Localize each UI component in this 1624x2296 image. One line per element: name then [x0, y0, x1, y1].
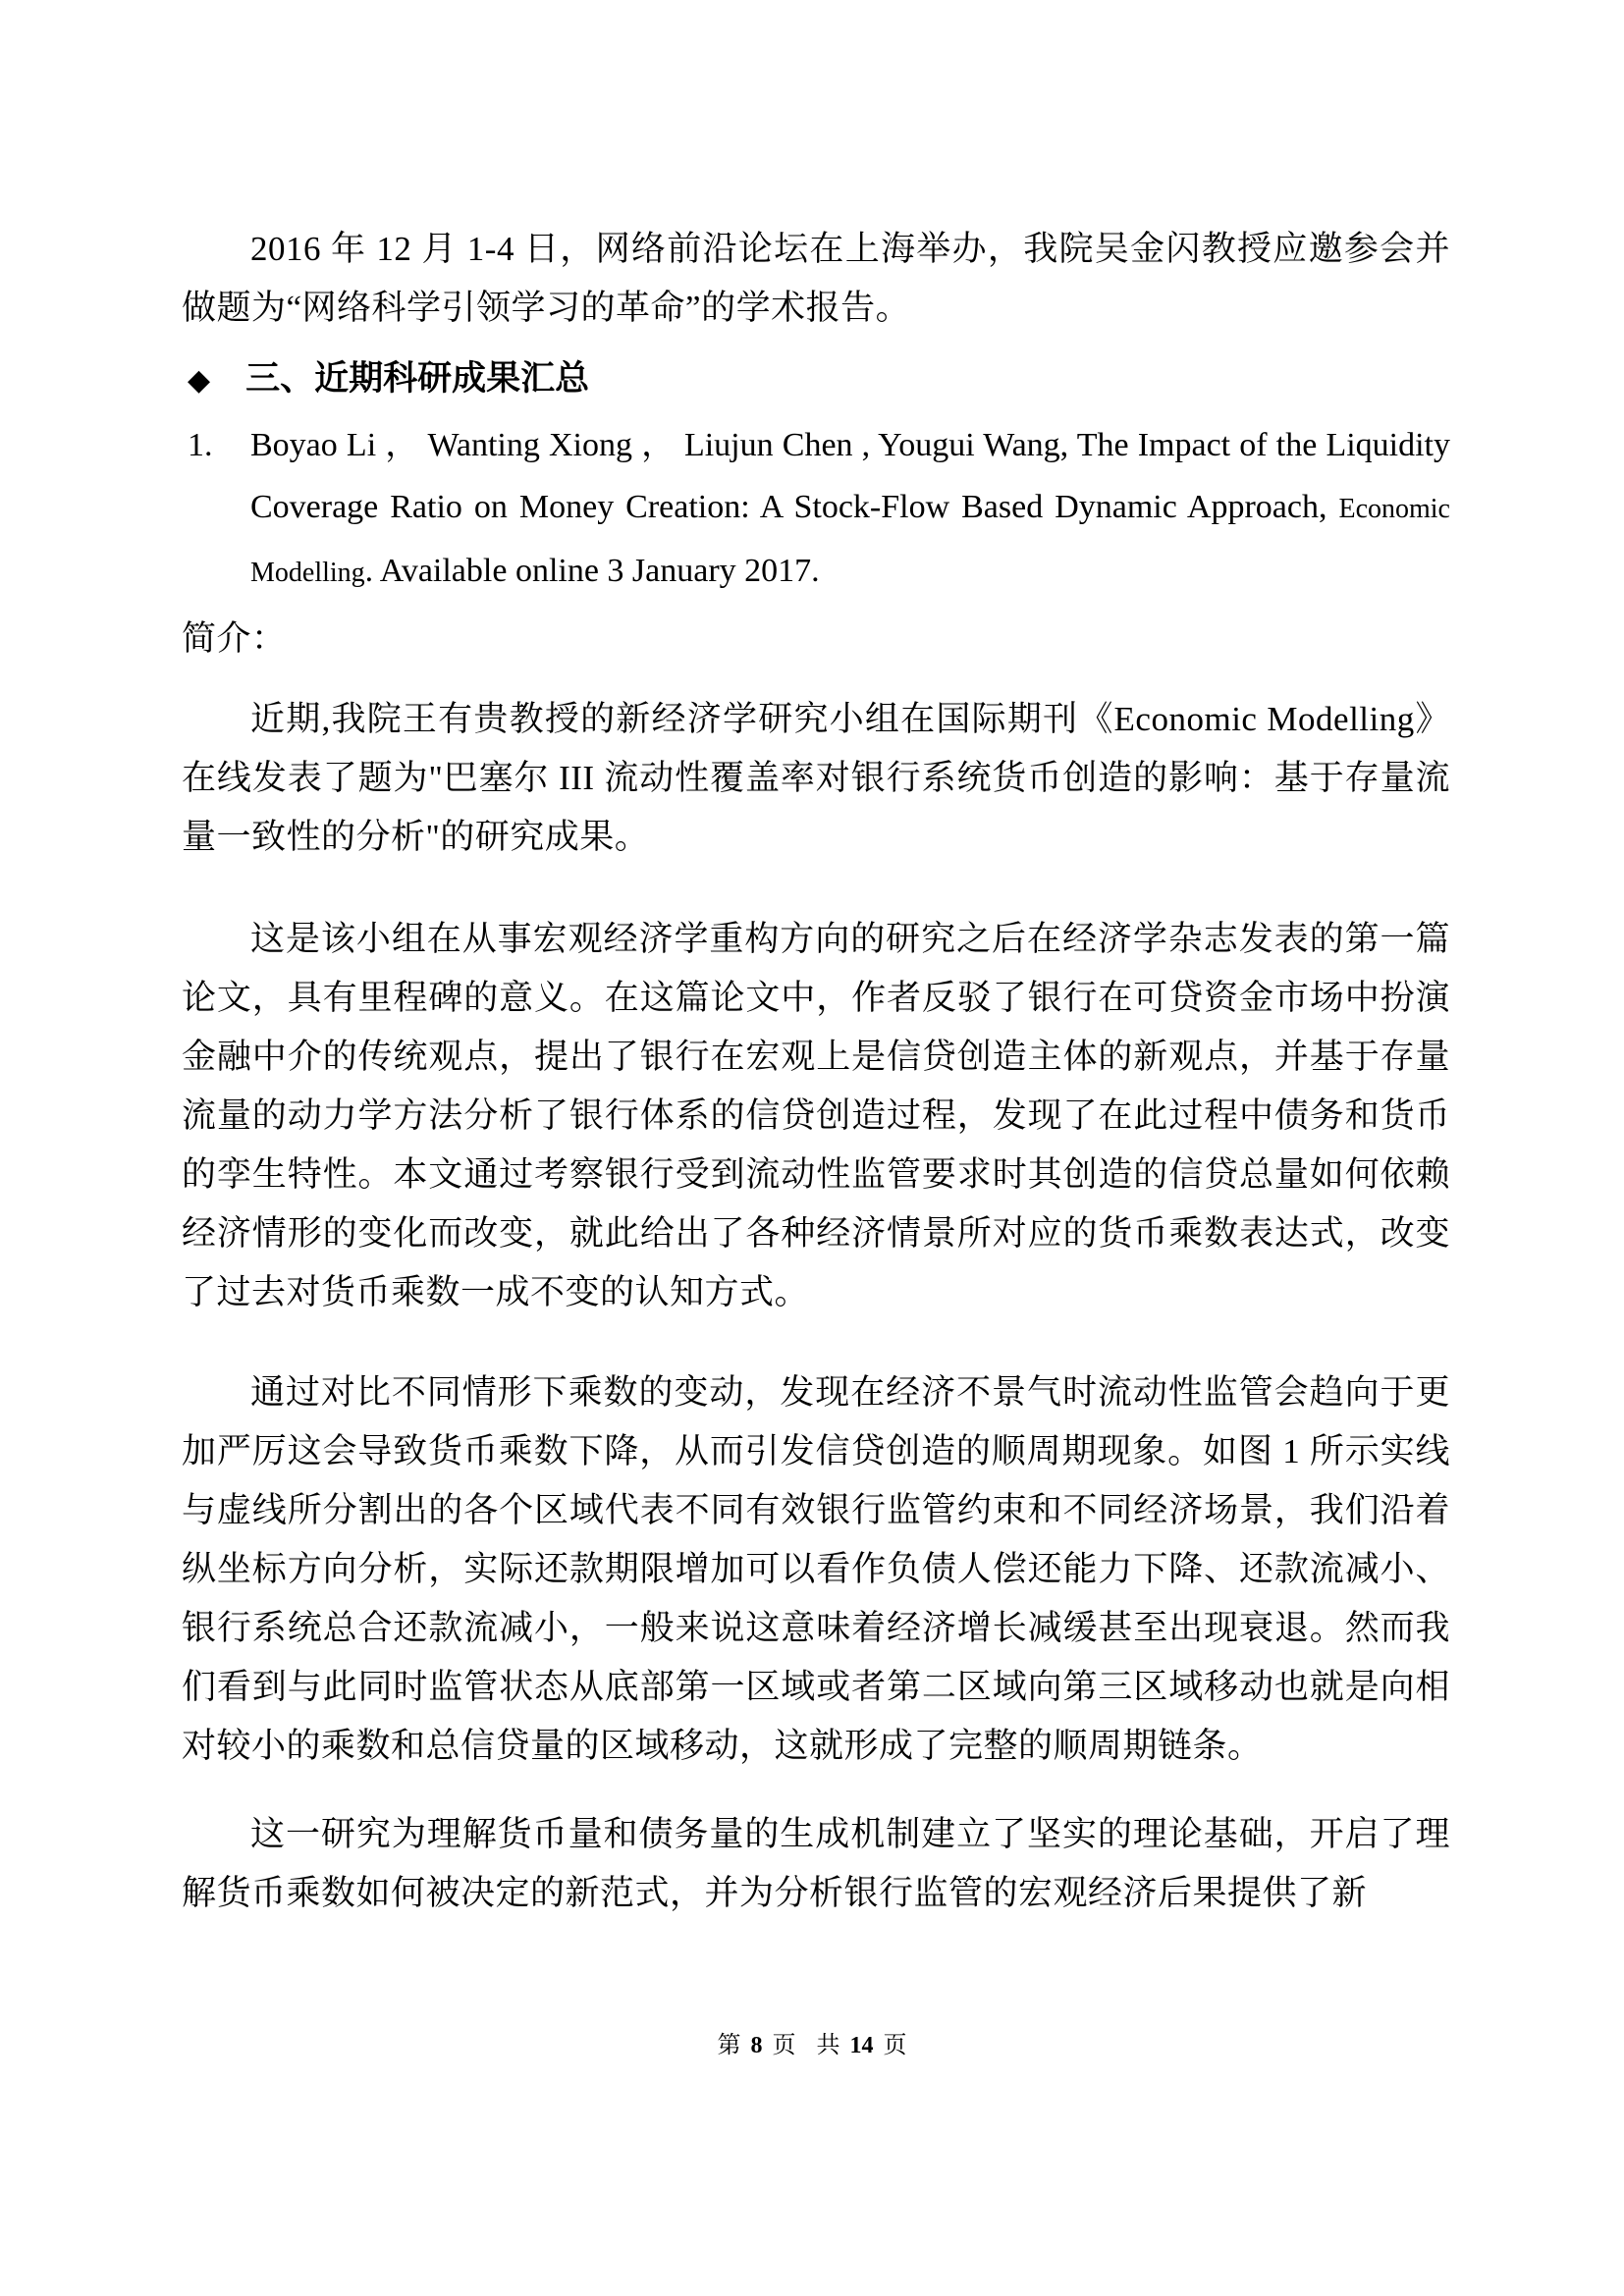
publication-reference-tail: . Available online 3 January 2017.: [365, 553, 820, 589]
page-body: 2016 年 12 月 1-4 日，网络前沿论坛在上海举办，我院吴金闪教授应邀参…: [182, 0, 1450, 1923]
footer-label-mid1: 页: [773, 2033, 796, 2058]
footer-label-pre: 第: [718, 2033, 741, 2058]
section-heading-text: 三、近期科研成果汇总: [245, 349, 589, 408]
diamond-bullet-icon: ◆: [188, 351, 210, 410]
document-page: 2016 年 12 月 1-4 日，网络前沿论坛在上海举办，我院吴金闪教授应邀参…: [0, 0, 1624, 2296]
publication-item: 1. Boyao Li ， Wanting Xiong ， Liujun Che…: [182, 414, 1450, 604]
paragraph-procyclical: 通过对比不同情形下乘数的变动，发现在经济不景气时流动性监管会趋向于更加严厉这会导…: [182, 1363, 1450, 1776]
total-pages: 14: [850, 2033, 874, 2058]
page-number: 8: [751, 2033, 763, 2058]
section-heading: ◆ 三、近期科研成果汇总: [182, 349, 1450, 410]
paragraph-event: 2016 年 12 月 1-4 日，网络前沿论坛在上海举办，我院吴金闪教授应邀参…: [182, 220, 1450, 338]
page-footer: 第8页共14页: [0, 2030, 1624, 2061]
publication-reference: Boyao Li ， Wanting Xiong ， Liujun Chen ,…: [250, 414, 1450, 604]
intro-label: 简介：: [182, 610, 1450, 668]
footer-label-mid2: 共: [817, 2033, 840, 2058]
paragraph-milestone: 这是该小组在从事宏观经济学重构方向的研究之后在经济学杂志发表的第一篇论文，具有里…: [182, 910, 1450, 1322]
publication-number: 1.: [182, 414, 250, 604]
paragraph-intro: 近期,我院王有贵教授的新经济学研究小组在国际期刊《Economic Modell…: [182, 690, 1450, 867]
footer-label-post: 页: [884, 2033, 907, 2058]
paragraph-conclusion: 这一研究为理解货币量和债务量的生成机制建立了坚实的理论基础，开启了理解货币乘数如…: [182, 1805, 1450, 1923]
publication-reference-main: Boyao Li ， Wanting Xiong ， Liujun Chen ,…: [250, 427, 1450, 525]
